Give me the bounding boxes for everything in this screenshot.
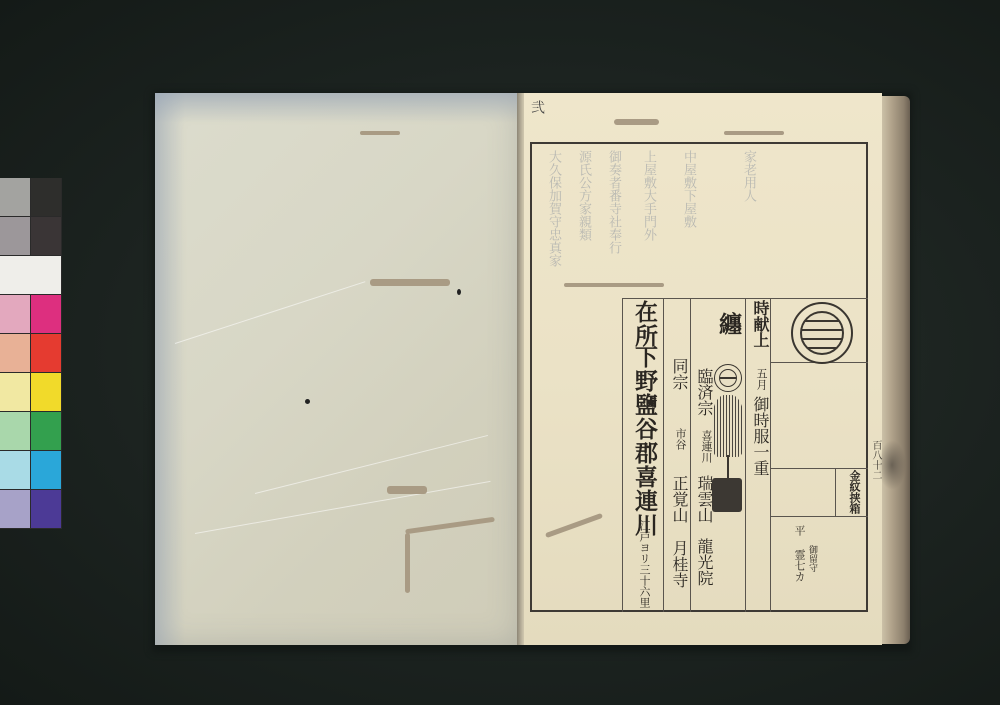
bottom-note-small: 御留守 bbox=[806, 545, 819, 572]
color-swatch bbox=[31, 373, 62, 412]
title-line: 時献上 bbox=[749, 300, 772, 348]
color-swatch bbox=[31, 412, 62, 451]
grid-line bbox=[622, 298, 623, 612]
crease bbox=[175, 281, 366, 344]
color-swatch bbox=[0, 334, 31, 373]
color-swatch bbox=[0, 412, 31, 451]
folio-mark: 弐 bbox=[527, 100, 547, 114]
left-page bbox=[155, 93, 519, 645]
spear-cover-icon bbox=[712, 478, 742, 512]
color-swatch bbox=[0, 217, 31, 256]
color-swatch bbox=[31, 178, 62, 217]
book-page-edges bbox=[878, 96, 910, 644]
distance: 江戸ヨリ三十六里 bbox=[636, 520, 652, 608]
bottom-note: 平 霊七カ bbox=[791, 525, 807, 582]
second-location: 市谷 bbox=[672, 428, 688, 450]
ink-smudge bbox=[878, 440, 906, 490]
grid-line bbox=[835, 468, 836, 516]
color-swatch bbox=[0, 490, 31, 529]
show-through-text: 源氏公方家親類 bbox=[575, 150, 591, 280]
wormhole bbox=[370, 279, 450, 286]
show-through-text: 家老用人 bbox=[740, 150, 756, 240]
family-crest-icon bbox=[791, 302, 853, 364]
family-name: 纏 bbox=[712, 312, 745, 336]
grid-line bbox=[745, 298, 746, 612]
grid-line bbox=[770, 468, 868, 469]
ink-spot bbox=[457, 289, 461, 295]
second-temple: 月桂寺 bbox=[668, 540, 691, 588]
color-swatch bbox=[31, 295, 62, 334]
wormhole bbox=[405, 517, 495, 534]
wormhole bbox=[387, 486, 427, 494]
wormhole bbox=[405, 533, 410, 593]
color-swatch bbox=[0, 451, 31, 490]
color-swatch bbox=[0, 178, 31, 217]
ink-spot bbox=[305, 399, 310, 404]
left-page-stain-side bbox=[155, 93, 185, 645]
show-through-text: 上屋敷大手門外 bbox=[640, 150, 656, 280]
color-swatch bbox=[0, 256, 62, 295]
color-swatch bbox=[0, 295, 31, 334]
grid-line bbox=[663, 298, 664, 612]
show-through-text: 大久保加賀守忠真家 bbox=[545, 150, 561, 280]
spear-tassel-icon bbox=[712, 395, 744, 457]
gift: 御時服一重 bbox=[749, 396, 772, 476]
side-note: 金紋挟箱 bbox=[846, 470, 862, 514]
grid-line bbox=[770, 516, 868, 517]
show-through-text: 中屋敷下屋敷 bbox=[680, 150, 696, 280]
residence: 下野鹽谷郡喜連川 bbox=[628, 345, 661, 537]
color-swatch bbox=[31, 334, 62, 373]
second-mountain: 正覚山 bbox=[668, 475, 691, 523]
wormhole bbox=[360, 131, 400, 135]
month: 五月 bbox=[753, 368, 769, 390]
color-swatch bbox=[0, 373, 31, 412]
crease bbox=[255, 435, 488, 494]
temple: 龍光院 bbox=[693, 538, 716, 586]
wormhole bbox=[614, 119, 659, 125]
color-swatch bbox=[31, 451, 62, 490]
color-swatch bbox=[31, 490, 62, 529]
wormhole bbox=[724, 131, 784, 135]
color-swatch bbox=[31, 217, 62, 256]
spear-crest-icon bbox=[714, 364, 742, 392]
same-sect: 同宗 bbox=[668, 358, 691, 390]
residence-label: 在所 bbox=[628, 300, 661, 348]
spear-shaft-icon bbox=[727, 455, 729, 479]
left-page-stain-top bbox=[155, 93, 519, 123]
color-checker bbox=[0, 178, 62, 530]
show-through-text: 御奏者番寺社奉行 bbox=[605, 150, 621, 280]
